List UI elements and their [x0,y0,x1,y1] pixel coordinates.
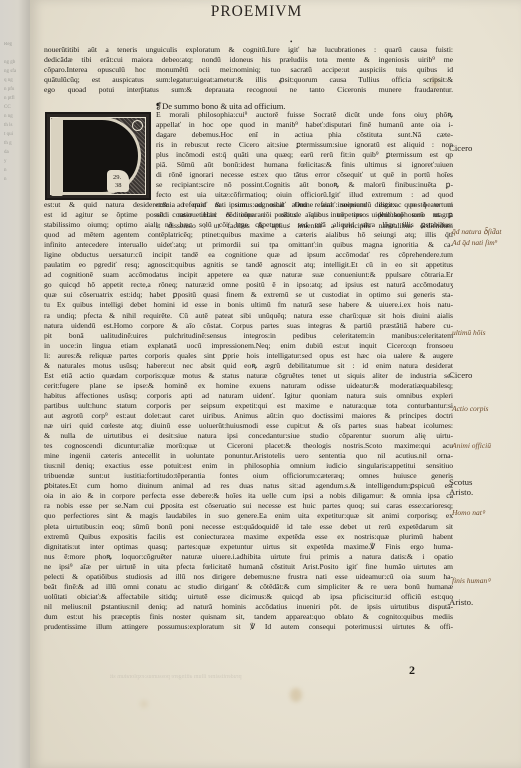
text-line: infinito antecedere interuallo uideť:atq… [44,240,453,250]
text-line: piā. Sūmū aūt bonū:idest humana fœlicita… [156,160,453,170]
initial-letter-stem [51,118,63,196]
text-line: quo perfectiores sint & magis laudabiles… [44,511,453,521]
text-line: se recipiant:scire nō possint.Cognitis a… [156,180,453,190]
text-line: E morali philosophia:cui⁹ auctorē fuisse… [156,110,453,120]
text-line: ꝑbitates.Et cum homo diuinum animal ad r… [44,481,453,491]
text-line: fecto est uia uitæ:cōfirmatioq; oiuin of… [156,190,453,200]
text-line: Est etiā actio quædam corporis:quæ motus… [44,371,453,381]
text-line: in uoce:in lingua etiam explanatā uocū i… [44,341,453,351]
text-line: ligine obductus uersatur:cū incipit tand… [44,250,453,260]
handwritten-margin-note: Actio corpis [452,404,488,413]
text-line: cōparo.Interea opusculū hoc monumētū oci… [44,65,453,75]
handwritten-margin-note: Homo natꝰ [452,508,485,518]
text-line: quod ad mētem agentem contēplatricēq; pt… [44,230,453,240]
text-line: stabilissimo oiumq; optimo aiali nō hæc … [44,220,453,230]
handwritten-margin-note: q̄d natura ꝺ̄ſid̄at [452,227,502,237]
printed-margin-note: Cicero [449,370,472,380]
text-line: prudentissime illum attingere possumus:e… [44,622,453,632]
text-line: di rōnē ignorari necesse est:ex quo tātu… [156,170,453,180]
decorated-initial-d: 29. 38 [45,112,151,200]
text-line: tribuendæ sunt:ut iustitia:fortitudo:tēp… [44,471,453,481]
text-line: beāt finē:& ad illū omni conatu ac studi… [44,582,453,592]
shelfmark-label: 29. 38 [107,170,129,192]
shelfmark-line-1: 29. [113,174,121,181]
text-line: pelecti & opatiōibus studiosis ad illū n… [44,572,453,582]
text-line: ad cognitionē suam accōmodatus incipit a… [44,270,453,280]
text-line: natura uidendū est.Homo corpore & aīo cō… [44,321,453,331]
text-line: dignitatis:ut inter optimas quasq; parte… [44,542,453,552]
printed-margin-note: Aristo. [449,487,473,497]
text-line: est:ut & quid natura desideret:& ad quid… [44,200,453,210]
text-line: tius:nil deniq; exactius esse potuit:est… [44,461,453,471]
text-line: partibus uult:hunc statum corporis per s… [44,401,453,411]
facing-page-ghost-text: Reg ng gb ng sfa q ng n pfu n ptfl CC n … [4,40,26,184]
running-title: PROEMIVM [0,3,521,21]
text-line: nouerūtitibi aūt a teneris unguiculis ex… [44,45,453,55]
text-line: cerit:fugere plane se ipse:& hominē ex h… [44,381,453,391]
text-line: ris in rebus:ut recte Cicero ait:siue ꝑt… [156,140,453,150]
text-line: est id agitur se ōptime possit conseruet… [44,210,453,220]
text-line: ra nobis esse per se.Nam cui ꝑposita est… [44,501,453,511]
text-line: nus ē:more phoꝶ loquor:cōgruēter naturæ … [44,552,453,562]
text-line: dagare debemus.Hoc enī in actiua phia cō… [156,130,453,140]
text-line: plus incōmodi est:q̄ quāti una quæq; ear… [156,150,453,160]
text-line: quæ sui cōseruatrix est:idq; habet ꝑposi… [44,290,453,300]
handwritten-margin-note: ultimū hōis [452,328,486,337]
text-line: paulatim eo pgrediť resq; agnoscit:quibu… [44,260,453,270]
text-line: ne ipsi⁹ aīæ per uirtutē in uita pfecta … [44,562,453,572]
foxing-stain [140,700,148,708]
printed-margin-note: Cicero [449,143,472,153]
text-line: quātulūcūq; est auspicatus sum:legatur:u… [44,75,453,85]
text-line: ego quoad potui interp̄tatus sum:& depra… [44,85,453,95]
printed-margin-note: Aristo. [449,597,473,607]
flower-ornament-icon [132,120,143,131]
handwritten-margin-note: finis humanꝰ [452,576,490,586]
text-line: dum est:ut his præceptis finis noster qu… [44,612,453,622]
text-line: & nulla de uirtutibus ei desit:siue natu… [44,431,453,441]
printed-margin-note: Scotus [449,477,472,487]
handwritten-margin-note: Ad q̄d nati ſim⁹ [452,238,497,247]
text-line: tes cognoscendi dicuntur:aliæ morū:quæ u… [44,441,453,451]
text-line: næ uiri quid cœleste atq; diuinū esse uo… [44,421,453,431]
text-line: appellať in hoc ope quod in manib⁹ habeť… [156,120,453,130]
facing-page-edge: Reg ng gb ng sfa q ng n pfu n ptfl CC n … [0,0,30,768]
text-line: tu Ex quibus intelligi debet homini id e… [44,300,453,310]
text-line: mine ingenii cæteris antecellit in uolun… [44,451,453,461]
text-block-main: est:ut & quid natura desideret:& ad quid… [44,200,453,632]
text-line: nil melius:nil ꝑstantius:nil deniq; ad n… [44,602,453,612]
show-through-text: prudentissime illum attingere possumus:e… [110,674,242,680]
shelfmark-line-2: 38 [115,182,122,189]
text-line: & naturales motus usūsq; habere:ut nec a… [44,361,453,371]
running-title-text: PROEMIVM [211,3,303,20]
foxing-stain [290,688,302,702]
text-line: pleta uirtutibus:in eoq; sūmū bonū poni … [44,522,453,532]
page-number: 2 [409,663,415,678]
text-line: uolūtati obiciať:& affectabile sitidq; u… [44,592,453,602]
text-line: extremū Quibus expositis facilis est con… [44,532,453,542]
text-line: pit bonā ualitudinē:uires pulchritudinē:… [44,331,453,341]
text-line: go quicqd hō appetit recte,a rōneq; natu… [44,280,453,290]
text-line: ra undiq; pfecta & nihil requirēte. Cū a… [44,311,453,321]
text-line: oia in aio & in corpore perfecta esse de… [44,491,453,501]
text-block-dedication: nouerūtitibi aūt a teneris unguiculis ex… [44,45,453,95]
handwritten-margin-note: Animi officiū [452,441,491,450]
text-line: habitus affectiones usūsq; corporis apti… [44,391,453,401]
text-line: li: aures:& reliquæ partes corporis qual… [44,351,453,361]
text-line: dedicādæ tibi erāt:cui maiora debeo:atq;… [44,55,453,65]
text-line: aut ægrotū corp⁹ est:aut dolet:aut caret… [44,411,453,421]
